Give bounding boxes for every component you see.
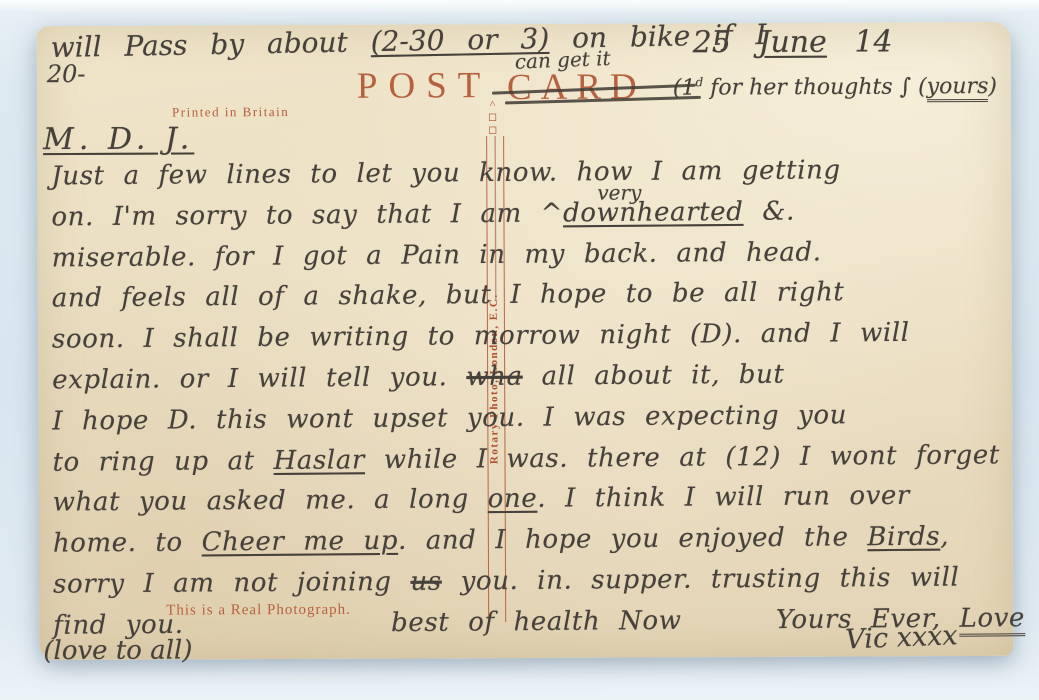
text-segment: on. I'm sorry to say that I am ^ xyxy=(51,198,563,232)
text-segment: yours xyxy=(927,74,989,102)
postcard: Printed in Britain POST CARD This is a R… xyxy=(37,22,1014,660)
number-annotation: 20- xyxy=(47,60,86,88)
can-get-it-annotation: can get it xyxy=(514,46,611,74)
message-line-2: on. I'm sorry to say that I am ^downhear… xyxy=(51,196,795,232)
text-segment: I hope D. this wont upset you. I was exp… xyxy=(52,400,847,436)
message-line-5: soon. I shall be writing to morrow night… xyxy=(52,318,910,355)
text-segment: while I was. there at (12) I wont forget xyxy=(365,440,1000,475)
signature-line: Vic xxxx xyxy=(845,620,958,655)
text-segment: ) xyxy=(988,74,997,99)
text-segment: Haslar xyxy=(273,445,365,476)
text-segment: . and I hope you enjoyed the xyxy=(398,522,868,556)
message-line-7: I hope D. this wont upset you. I was exp… xyxy=(52,400,847,436)
date-annotation: 25 June 14 xyxy=(693,24,893,60)
love-to-all-line: (love to all) xyxy=(43,635,192,666)
divider-ornaments: ˄◻◻ xyxy=(488,98,497,137)
text-segment: you. in. supper. trusting this will xyxy=(442,563,960,597)
post-word-print: POST xyxy=(357,64,492,108)
ornament-glyph: ◻ xyxy=(488,111,497,124)
text-segment: &. xyxy=(743,196,795,226)
text-segment: M. D. J. xyxy=(43,121,194,157)
printed-in-britain-stamp: Printed in Britain xyxy=(172,104,289,121)
text-segment: for her thoughts ∫ ( xyxy=(703,75,927,101)
ornament-glyph: ˄ xyxy=(488,98,497,111)
text-segment: all about it, but xyxy=(523,360,785,392)
text-segment: wha xyxy=(466,362,523,392)
message-line-4: and feels all of a shake, but I hope to … xyxy=(52,278,845,314)
text-segment: | xyxy=(1025,603,1039,633)
route-annotation: will Pass by about (2-30 or 3) on bike i… xyxy=(50,18,766,64)
text-segment: Birds xyxy=(867,522,940,553)
text-segment: explain. or I will tell you. xyxy=(52,362,466,395)
text-segment: , xyxy=(940,522,949,552)
thoughts-annotation: (1d for her thoughts ∫ (yours) xyxy=(673,74,997,101)
message-line-10: home. to Cheer me up. and I hope you enj… xyxy=(53,522,949,559)
text-segment: downhearted xyxy=(563,197,744,228)
text-segment: Love xyxy=(959,603,1025,637)
text-segment: June xyxy=(758,25,827,60)
message-line-6: explain. or I will tell you. wha all abo… xyxy=(52,360,785,396)
text-segment: to ring up at xyxy=(52,446,273,478)
text-segment: and feels all of a shake, but I hope to … xyxy=(52,278,845,314)
text-segment: miserable. for I got a Pain in my back. … xyxy=(52,237,822,273)
message-line-11: sorry I am not joining us you. in. suppe… xyxy=(53,563,960,600)
text-segment: 25 xyxy=(693,25,759,60)
salutation: M. D. J. xyxy=(43,121,194,157)
text-segment: will Pass by about xyxy=(50,25,371,64)
inserted-word: very xyxy=(597,180,641,204)
text-segment: Just a few lines to let you know. how I … xyxy=(51,155,841,191)
text-segment: what you asked me. a long xyxy=(53,485,488,518)
text-segment: sorry I am not joining xyxy=(53,567,411,600)
message-line-9: what you asked me. a long one. I think I… xyxy=(53,481,911,518)
message-line-8: to ring up at Haslar while I was. there … xyxy=(52,440,1000,477)
text-segment: 14 xyxy=(827,24,893,59)
text-segment: one xyxy=(488,484,538,514)
text-segment: soon. I shall be writing to morrow night… xyxy=(52,318,910,355)
message-line-3: miserable. for I got a Pain in my back. … xyxy=(52,237,822,273)
text-segment: Cheer me up xyxy=(202,526,399,558)
text-segment: home. to xyxy=(53,528,202,559)
text-segment: us xyxy=(410,567,442,597)
message-line-1: Just a few lines to let you know. how I … xyxy=(51,155,841,191)
text-segment: . I think I will run over xyxy=(537,481,910,514)
